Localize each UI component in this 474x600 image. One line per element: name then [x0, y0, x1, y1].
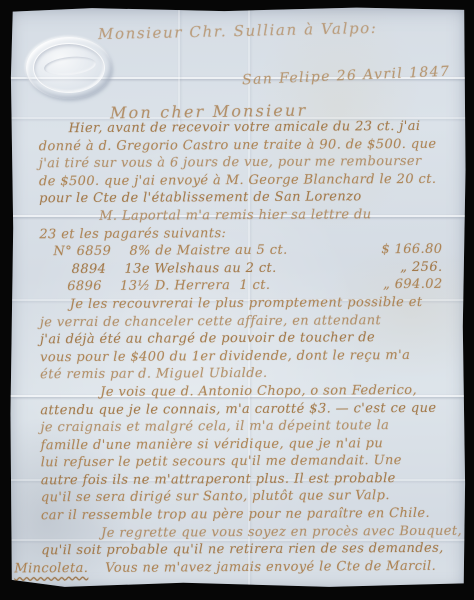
letter-body: Hier, avant de recevoir votre amicale du…: [39, 119, 453, 579]
pagare-amount: $ 166.80: [381, 242, 442, 260]
embossed-seal: [26, 37, 112, 99]
pagare-description: N° 6859 8% de Maistre au 5 ct.: [53, 243, 287, 262]
letter-line: Mincoleta.Vous ne m'avez jamais envoyé l…: [14, 559, 452, 579]
dateline: San Felipe 26 Avril 1847: [241, 64, 450, 89]
underlined-word: Mincoleta.: [14, 561, 88, 576]
pagare-amount: „ 256.: [400, 260, 442, 278]
address-line: Monsieur Chr. Sullian à Valpo:: [98, 19, 378, 43]
letter-paper: Monsieur Chr. Sullian à Valpo: San Felip…: [10, 7, 466, 588]
pagare-description: 8894 13e Welshaus au 2 ct.: [53, 261, 276, 280]
scan-background: Monsieur Chr. Sullian à Valpo: San Felip…: [0, 0, 474, 600]
pagare-description: 6896 13½ D. Herrera 1 ct.: [54, 278, 271, 297]
line-text: Vous ne m'avez jamais envoyé le Cte de M…: [105, 559, 436, 576]
pagare-amount: „ 694.02: [383, 277, 443, 295]
